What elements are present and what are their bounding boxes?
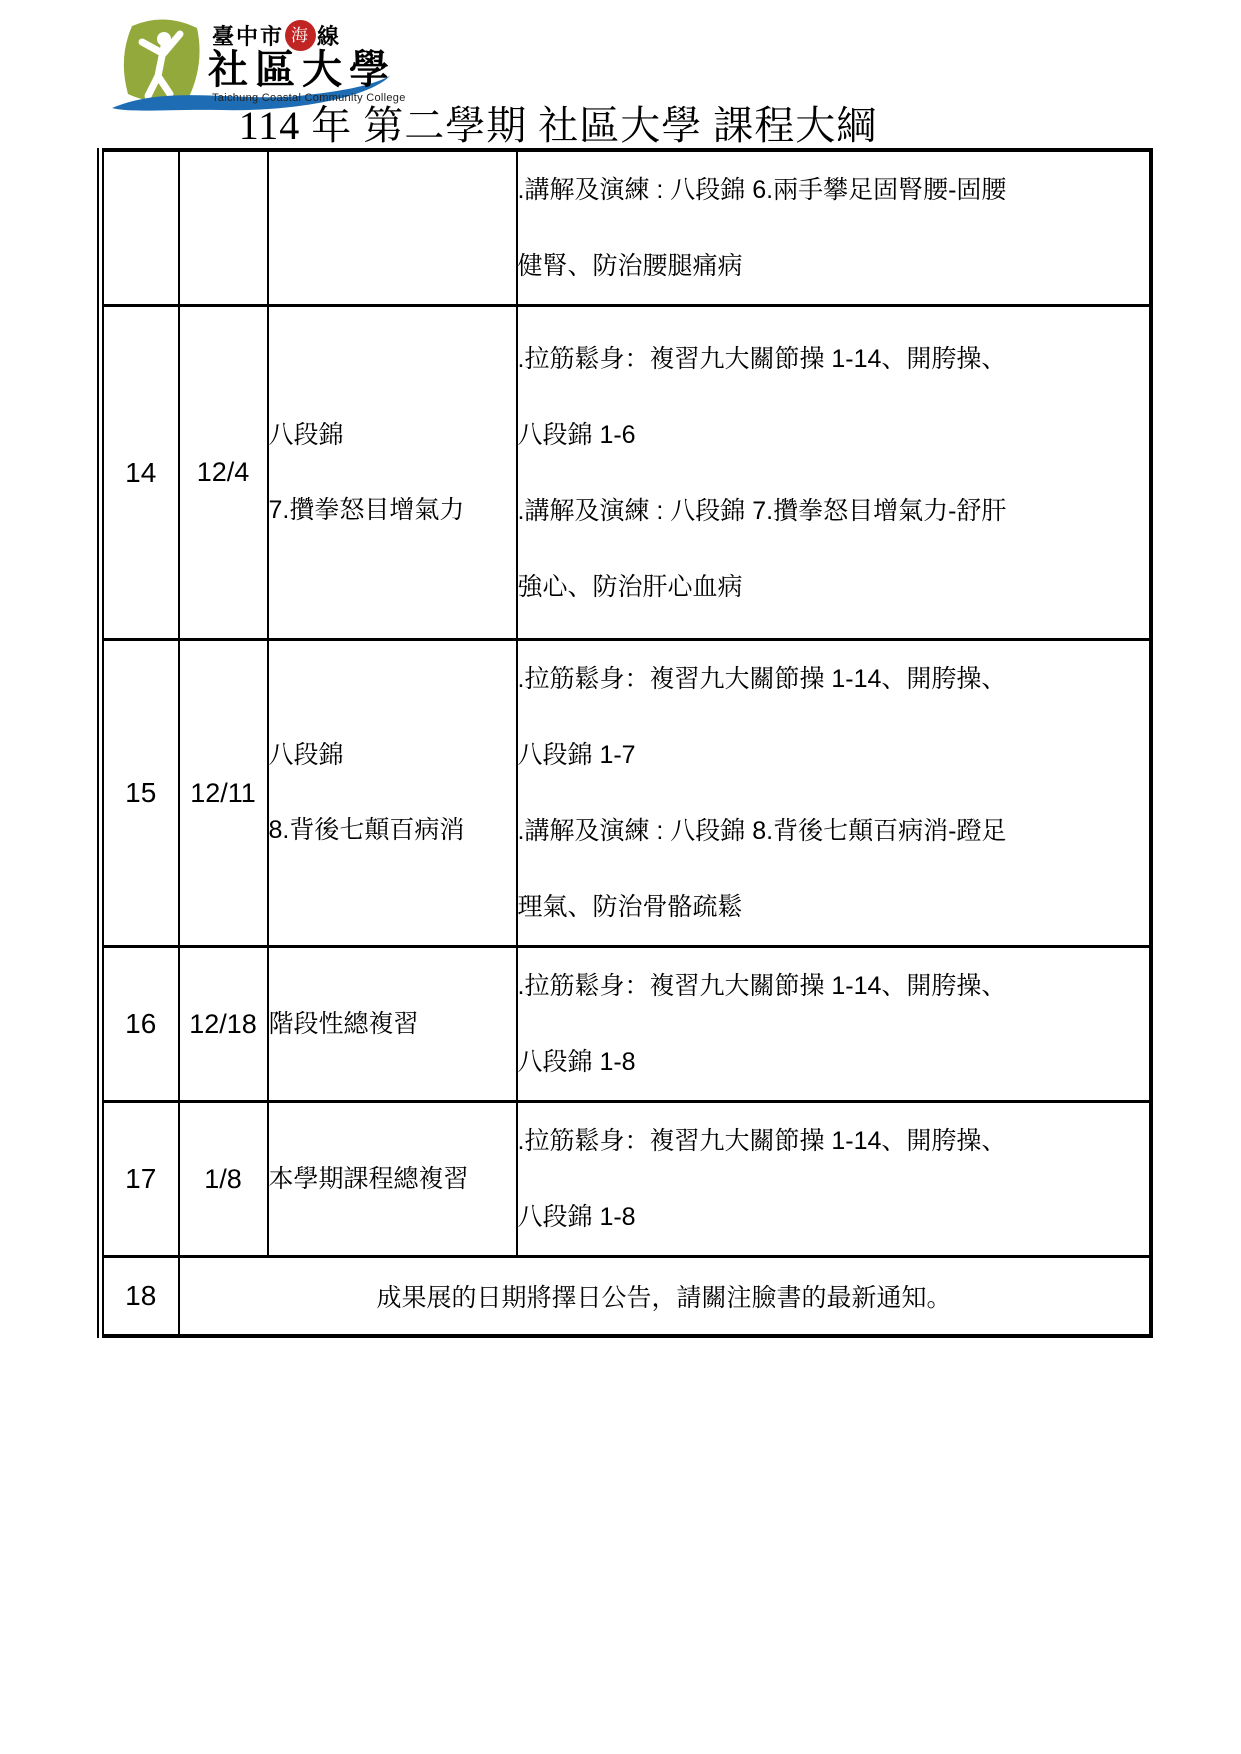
date-cell: 12/18 <box>179 947 268 1102</box>
content-cell: .講解及演練 : 八段錦 6.兩手攀足固腎腰-固腰 健腎、防治腰腿痛病 <box>517 150 1151 306</box>
topic-cell: 八段錦 8.背後七顛百病消 <box>268 640 517 947</box>
table-row-week-14: 14 12/4 八段錦 7.攢拳怒目增氣力 .拉筋鬆身：複習九大關節操 1-14… <box>101 306 1151 640</box>
topic-cell: 本學期課程總複習 <box>268 1102 517 1257</box>
course-outline-table: .講解及演練 : 八段錦 6.兩手攀足固腎腰-固腰 健腎、防治腰腿痛病 14 1… <box>97 148 1153 1338</box>
content-cell: .拉筋鬆身：複習九大關節操 1-14、開胯操、 八段錦 1-8 <box>517 947 1151 1102</box>
date-cell: 12/11 <box>179 640 268 947</box>
content-cell: .拉筋鬆身：複習九大關節操 1-14、開胯操、 八段錦 1-8 <box>517 1102 1151 1257</box>
page-title: 114 年 第二學期 社區大學 課程大綱 <box>0 94 1116 151</box>
week-number-cell: 16 <box>101 947 179 1102</box>
announcement-cell: 成果展的日期將擇日公告，請關注臉書的最新通知。 <box>179 1257 1151 1336</box>
week-number-cell: 18 <box>101 1257 179 1336</box>
date-cell: 12/4 <box>179 306 268 640</box>
week-number-cell: 15 <box>101 640 179 947</box>
week-number-cell: 17 <box>101 1102 179 1257</box>
table-row-week-17: 17 1/8 本學期課程總複習 .拉筋鬆身：複習九大關節操 1-14、開胯操、 … <box>101 1102 1151 1257</box>
table-row-week-18: 18 成果展的日期將擇日公告，請關注臉書的最新通知。 <box>101 1257 1151 1336</box>
logo-school-name: 社區大學 <box>208 38 396 95</box>
content-cell: .拉筋鬆身：複習九大關節操 1-14、開胯操、 八段錦 1-7 .講解及演練 :… <box>517 640 1151 947</box>
topic-cell: 八段錦 7.攢拳怒目增氣力 <box>268 306 517 640</box>
table-row-week-16: 16 12/18 階段性總複習 .拉筋鬆身：複習九大關節操 1-14、開胯操、 … <box>101 947 1151 1102</box>
week-number-cell: 14 <box>101 306 179 640</box>
table-row-week-13-continued: .講解及演練 : 八段錦 6.兩手攀足固腎腰-固腰 健腎、防治腰腿痛病 <box>101 150 1151 306</box>
topic-cell <box>268 150 517 306</box>
table-row-week-15: 15 12/11 八段錦 8.背後七顛百病消 .拉筋鬆身：複習九大關節操 1-1… <box>101 640 1151 947</box>
date-cell <box>179 150 268 306</box>
content-cell: .拉筋鬆身：複習九大關節操 1-14、開胯操、 八段錦 1-6 .講解及演練 :… <box>517 306 1151 640</box>
week-number-cell <box>101 150 179 306</box>
topic-cell: 階段性總複習 <box>268 947 517 1102</box>
date-cell: 1/8 <box>179 1102 268 1257</box>
